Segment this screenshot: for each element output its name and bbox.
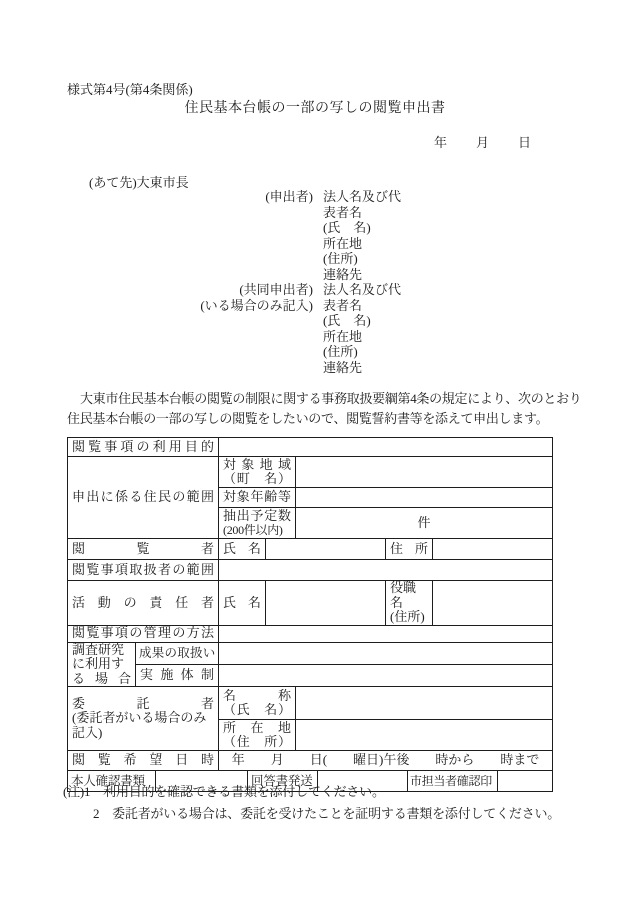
co-applicant-value: 所在地 xyxy=(323,329,362,345)
applicant-value: 法人名及び代 xyxy=(323,189,401,205)
applicant-value: 所在地 xyxy=(323,236,362,252)
applicant-value: 表者名 xyxy=(323,205,362,221)
extract-count-unit-cell: 件 xyxy=(296,508,553,539)
co-applicant-value: 連絡先 xyxy=(323,360,362,376)
consignor-name-label-line1: 名称 xyxy=(223,689,291,704)
co-applicant-label xyxy=(67,344,313,360)
co-applicant-label: (いる場合のみ記入) xyxy=(67,298,313,314)
applicant-row: (申出者) 法人名及び代 xyxy=(67,189,527,205)
target-age-input-cell xyxy=(296,488,553,508)
viewer-address-label: 住所 xyxy=(386,539,433,560)
applicant-block: (申出者) 法人名及び代 表者名 (氏 名) 所在地 (住所) 連絡先 (共同申… xyxy=(67,189,527,375)
applicant-label xyxy=(67,236,313,252)
co-applicant-row: (共同申出者) 法人名及び代 xyxy=(67,282,527,298)
applicant-label xyxy=(67,220,313,236)
co-applicant-row: (氏 名) xyxy=(67,313,527,329)
viewer-name-label: 氏名 xyxy=(219,539,266,560)
statement-line-2: 住民基本台帳の一部の写しの閲覧をしたいので、閲覧誓約書等を添えて申出します。 xyxy=(67,409,582,429)
handler-range-input-cell xyxy=(219,560,553,581)
viewer-name-input-cell xyxy=(266,539,386,560)
consignor-name-input-cell xyxy=(296,687,553,720)
target-area-label-line2: （町 名） xyxy=(223,472,291,487)
note-line-1: (注)1 利用目的を確認できる書類を添付してください。 xyxy=(63,781,560,803)
research-case-label-line3: る場合 xyxy=(72,672,131,687)
manager-role-input-cell xyxy=(433,581,553,626)
manager-name-input-cell xyxy=(266,581,386,626)
note-line-2: 2 委託者がいる場合は、委託を受けたことを証明する書類を添付してください。 xyxy=(63,803,560,825)
activity-manager-label: 活動の責任者 xyxy=(68,581,219,626)
co-applicant-label: (共同申出者) xyxy=(67,282,313,298)
co-applicant-row: 連絡先 xyxy=(67,360,527,376)
management-method-label: 閲覧事項の管理の方法 xyxy=(68,625,219,642)
applicant-row: (氏 名) xyxy=(67,220,527,236)
consignor-address-label: 所在地 （住 所） xyxy=(219,720,296,751)
purpose-label: 閲覧事項の利用目的 xyxy=(68,438,219,457)
manager-role-label-line2: (住所) xyxy=(390,610,428,625)
results-handling-input-cell xyxy=(219,642,553,664)
extract-count-label-line2: (200件以内) xyxy=(223,523,291,538)
statement-line-1: 大東市住民基本台帳の閲覧の制限に関する事務取扱要綱第4条の規定により、次のとおり xyxy=(67,389,582,409)
target-area-label: 対象地域 （町 名） xyxy=(219,457,296,488)
applicant-label xyxy=(67,267,313,283)
co-applicant-label xyxy=(67,313,313,329)
research-case-label: 調査研究 に利用す る場合 xyxy=(68,642,136,687)
applicant-value: (氏 名) xyxy=(323,220,371,236)
applicant-row: 表者名 xyxy=(67,205,527,221)
consignor-label-line3: 記入) xyxy=(72,726,214,741)
co-applicant-value: 表者名 xyxy=(323,298,362,314)
co-applicant-value: (氏 名) xyxy=(323,313,371,329)
target-area-input-cell xyxy=(296,457,553,488)
application-table: 閲覧事項の利用目的 申出に係る住民の範囲 対象地域 （町 名） 対象年齢等 抽出… xyxy=(67,437,553,792)
manager-role-label-line1: 役職名 xyxy=(390,581,428,610)
viewing-datetime-label: 閲覧希望日時 xyxy=(68,751,219,771)
manager-name-label: 氏名 xyxy=(219,581,266,626)
co-applicant-label xyxy=(67,329,313,345)
consignor-address-label-line1: 所在地 xyxy=(223,721,291,736)
manager-role-label: 役職名 (住所) xyxy=(386,581,433,626)
co-applicant-row: (いる場合のみ記入) 表者名 xyxy=(67,298,527,314)
extract-count-label-line1: 抽出予定数 xyxy=(223,509,291,524)
viewer-label: 閲覧者 xyxy=(68,539,219,560)
co-applicant-row: (住所) xyxy=(67,344,527,360)
form-number: 様式第4号(第4条関係) xyxy=(67,79,193,98)
target-area-label-line1: 対象地域 xyxy=(223,458,291,473)
consignor-label: 委託者 (委託者がいる場合のみ 記入) xyxy=(68,687,219,751)
viewing-datetime-value: 年 月 日( 曜日)午後 時から 時まで xyxy=(219,751,553,771)
applicant-row: 所在地 xyxy=(67,236,527,252)
applicant-value: (住所) xyxy=(323,251,358,267)
page-title: 住民基本台帳の一部の写しの閲覧申出書 xyxy=(0,97,630,117)
co-applicant-value: (住所) xyxy=(323,344,358,360)
implementation-label: 実施体制 xyxy=(136,664,219,686)
extract-count-label: 抽出予定数 (200件以内) xyxy=(219,508,296,539)
applicant-row: (住所) xyxy=(67,251,527,267)
consignor-name-label: 名称 （氏 名） xyxy=(219,687,296,720)
applicant-value: 連絡先 xyxy=(323,267,362,283)
consignor-address-input-cell xyxy=(296,720,553,751)
consignor-label-line2: (委託者がいる場合のみ xyxy=(72,711,214,726)
consignor-address-label-line2: （住 所） xyxy=(223,735,291,750)
implementation-input-cell xyxy=(219,664,553,686)
co-applicant-value: 法人名及び代 xyxy=(323,282,401,298)
results-handling-label: 成果の取扱い xyxy=(136,642,219,664)
management-method-input-cell xyxy=(219,625,553,642)
applicant-label xyxy=(67,205,313,221)
statement-paragraph: 大東市住民基本台帳の閲覧の制限に関する事務取扱要綱第4条の規定により、次のとおり… xyxy=(67,389,582,428)
target-age-label: 対象年齢等 xyxy=(219,488,296,508)
applicant-label: (申出者) xyxy=(67,189,313,205)
purpose-input-cell xyxy=(219,438,553,457)
co-applicant-row: 所在地 xyxy=(67,329,527,345)
applicant-row: 連絡先 xyxy=(67,267,527,283)
research-case-label-line1: 調査研究 xyxy=(72,643,131,658)
consignor-label-line1: 委託者 xyxy=(72,697,214,712)
consignor-name-label-line2: （氏 名） xyxy=(223,703,291,718)
research-case-label-line2: に利用す xyxy=(72,657,131,672)
viewer-address-input-cell xyxy=(433,539,553,560)
notes-block: (注)1 利用目的を確認できる書類を添付してください。 2 委託者がいる場合は、… xyxy=(63,781,560,825)
co-applicant-label xyxy=(67,360,313,376)
application-form-page: 様式第4号(第4条関係) 住民基本台帳の一部の写しの閲覧申出書 年 月 日 (あ… xyxy=(0,0,630,903)
resident-range-label: 申出に係る住民の範囲 xyxy=(68,457,219,539)
date-field: 年 月 日 xyxy=(434,132,532,151)
handler-range-label: 閲覧事項取扱者の範囲 xyxy=(68,560,219,581)
applicant-label xyxy=(67,251,313,267)
